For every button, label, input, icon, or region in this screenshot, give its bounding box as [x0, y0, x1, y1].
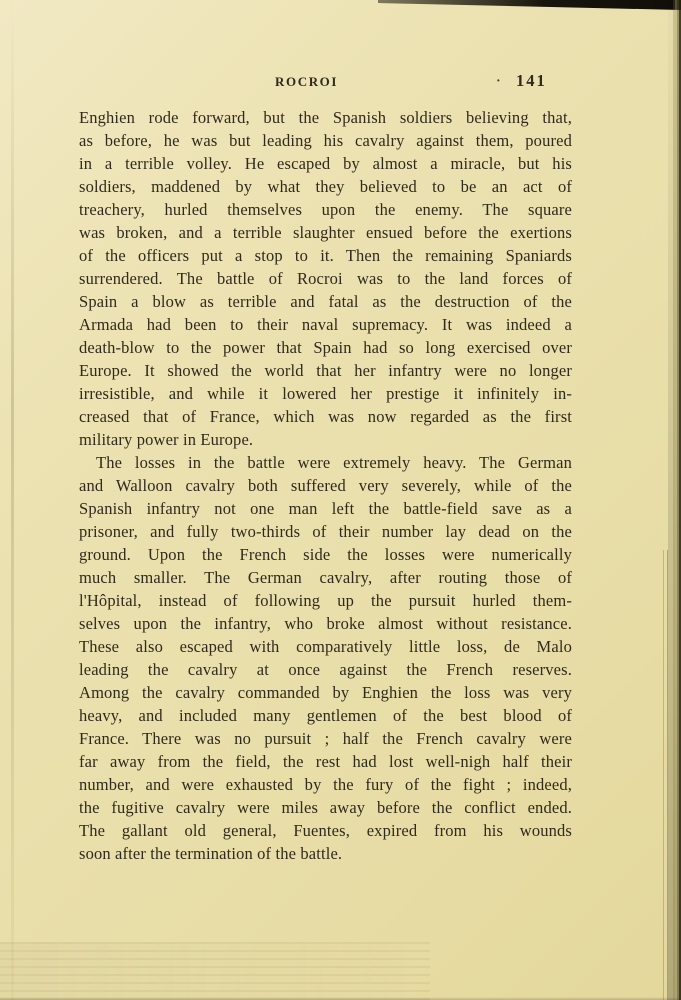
text-line: and Walloon cavalry both suffered very s… — [79, 474, 572, 497]
text-line: in a terrible volley. He escaped by almo… — [79, 152, 572, 175]
header-separator-dot: · — [496, 74, 501, 90]
text-line: surrendered. The battle of Rocroi was to… — [79, 267, 572, 290]
text-line: much smaller. The German cavalry, after … — [79, 566, 572, 589]
text-line: selves upon the infantry, who broke almo… — [79, 612, 572, 635]
text-line: the fugitive cavalry were miles away bef… — [79, 796, 572, 819]
text-line: ground. Upon the French side the losses … — [79, 543, 572, 566]
text-line: Among the cavalry commanded by Enghien t… — [79, 681, 572, 704]
text-line: of the officers put a stop to it. Then t… — [79, 244, 572, 267]
text-line: far away from the field, the rest had lo… — [79, 750, 572, 773]
text-line: soon after the termination of the battle… — [79, 842, 572, 865]
book-page-edge-lines — [660, 550, 668, 1000]
text-line: France. There was no pursuit ; half the … — [79, 727, 572, 750]
text-block: Enghien rode forward, but the Spanish so… — [79, 106, 572, 865]
text-line: The losses in the battle were extremely … — [79, 451, 572, 474]
text-line: military power in Europe. — [79, 428, 572, 451]
scanned-book-page: ROCROI · 141 Enghien rode forward, but t… — [0, 0, 681, 1000]
text-line: was broken, and a terrible slaughter ens… — [79, 221, 572, 244]
text-line: Spanish infantry not one man left the ba… — [79, 497, 572, 520]
text-line: heavy, and included many gentlemen of th… — [79, 704, 572, 727]
text-line: number, and were exhausted by the fury o… — [79, 773, 572, 796]
text-line: leading the cavalry at once against the … — [79, 658, 572, 681]
text-line: death-blow to the power that Spain had s… — [79, 336, 572, 359]
text-line: These also escaped with comparatively li… — [79, 635, 572, 658]
scan-top-shadow — [378, 0, 681, 10]
text-line: Enghien rode forward, but the Spanish so… — [79, 106, 572, 129]
text-line: treachery, hurled themselves upon the en… — [79, 198, 572, 221]
paper-crease — [11, 0, 14, 1000]
text-line: The gallant old general, Fuentes, expire… — [79, 819, 572, 842]
text-line: Spain a blow as terrible and fatal as th… — [79, 290, 572, 313]
text-line: Europe. It showed the world that her inf… — [79, 359, 572, 382]
text-line: prisoner, and fully two-thirds of their … — [79, 520, 572, 543]
scan-bottom-streaks — [0, 942, 430, 1000]
text-line: soldiers, maddened by what they believed… — [79, 175, 572, 198]
book-page-edges — [668, 0, 681, 1000]
text-line: Armada had been to their naval supremacy… — [79, 313, 572, 336]
text-line: as before, he was but leading his cavalr… — [79, 129, 572, 152]
text-line: creased that of France, which was now re… — [79, 405, 572, 428]
text-line: l'Hôpital, instead of following up the p… — [79, 589, 572, 612]
page-number: 141 — [516, 71, 547, 91]
text-line: irresistible, and while it lowered her p… — [79, 382, 572, 405]
running-title: ROCROI — [275, 74, 338, 90]
